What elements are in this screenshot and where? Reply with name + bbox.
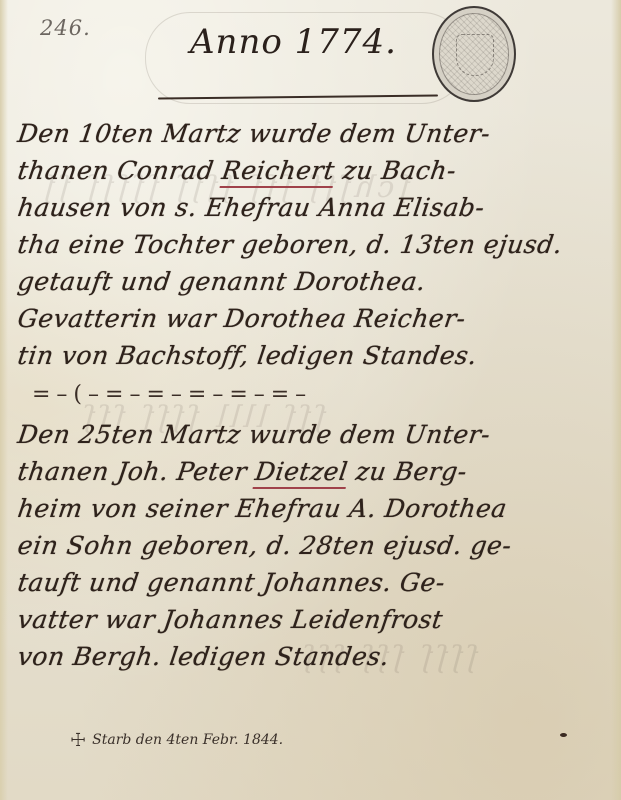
register-page: ſchſſſ ſſſ ſſſſ ſſſſſ ſſ ſſſ llll ſſſſ ſ… (0, 0, 621, 800)
line-text: vatter war Johannes Leidenfrost (16, 605, 445, 634)
line-text: zu Berg- (346, 457, 469, 486)
page-edge-right (611, 0, 621, 800)
line-text: von Bergh. ledigen Standes. (16, 642, 391, 671)
entry-line: von Bergh. ledigen Standes. (15, 638, 590, 675)
page-edge-left (0, 0, 8, 800)
line-text: Den 10ten Martz wurde dem Unter- (16, 119, 492, 148)
surname-underlined: Dietzel (253, 457, 350, 489)
entry-baptism-2: Den 25ten Martz wurde dem Unter- thanen … (18, 416, 588, 675)
ink-spot (560, 733, 567, 737)
entry-line: hausen von s. Ehefrau Anna Elisab- (15, 189, 590, 226)
line-text: thanen Conrad (16, 156, 224, 185)
line-text: hausen von s. Ehefrau Anna Elisab- (16, 193, 487, 222)
entry-line: ein Sohn geboren, d. 28ten ejusd. ge- (15, 527, 590, 564)
seal-crest (456, 34, 494, 76)
line-text: tauft und genannt Johannes. Ge- (16, 568, 447, 597)
entry-line: tha eine Tochter geboren, d. 13ten ejusd… (15, 226, 590, 263)
death-annotation: ☩Starb den 4ten Febr. 1844. (70, 730, 283, 751)
line-text: ein Sohn geboren, d. 28ten ejusd. ge- (16, 531, 514, 560)
death-note-text: Starb den 4ten Febr. 1844. (92, 732, 283, 748)
line-text: Gevatterin war Dorothea Reicher- (16, 304, 468, 333)
entry-baptism-1: Den 10ten Martz wurde dem Unter- thanen … (18, 115, 588, 374)
stamp-seal-icon (432, 6, 516, 102)
line-text: thanen Joh. Peter (16, 457, 257, 486)
entry-line: Gevatterin war Dorothea Reicher- (15, 300, 590, 337)
line-text: getauft und genannt Dorothea. (16, 267, 428, 296)
entry-line: thanen Conrad Reichert zu Bach- (15, 152, 590, 189)
entry-line: getauft und genannt Dorothea. (15, 263, 590, 300)
page-title: Anno 1774. (190, 22, 397, 62)
register-entries: Den 10ten Martz wurde dem Unter- thanen … (18, 115, 588, 675)
entry-line: tauft und genannt Johannes. Ge- (15, 564, 590, 601)
line-text: tin von Bachstoff, ledigen Standes. (16, 341, 479, 370)
cross-icon: ☩ (70, 730, 86, 751)
entry-line: tin von Bachstoff, ledigen Standes. (15, 337, 590, 374)
line-text: Den 25ten Martz wurde dem Unter- (16, 420, 492, 449)
page-number: 246. (40, 16, 91, 40)
entry-line: thanen Joh. Peter Dietzel zu Berg- (15, 453, 590, 490)
line-text: heim von seiner Ehefrau A. Dorothea (16, 494, 509, 523)
line-text: tha eine Tochter geboren, d. 13ten ejusd… (16, 230, 564, 259)
entry-divider: =–(–=–=–=–=–=– (18, 374, 588, 416)
entry-line: heim von seiner Ehefrau A. Dorothea (15, 490, 590, 527)
entry-line: Den 10ten Martz wurde dem Unter- (15, 115, 590, 152)
entry-line: Den 25ten Martz wurde dem Unter- (15, 416, 590, 453)
surname-underlined: Reichert (220, 156, 337, 188)
entry-line: vatter war Johannes Leidenfrost (15, 601, 590, 638)
line-text: zu Bach- (333, 156, 459, 185)
